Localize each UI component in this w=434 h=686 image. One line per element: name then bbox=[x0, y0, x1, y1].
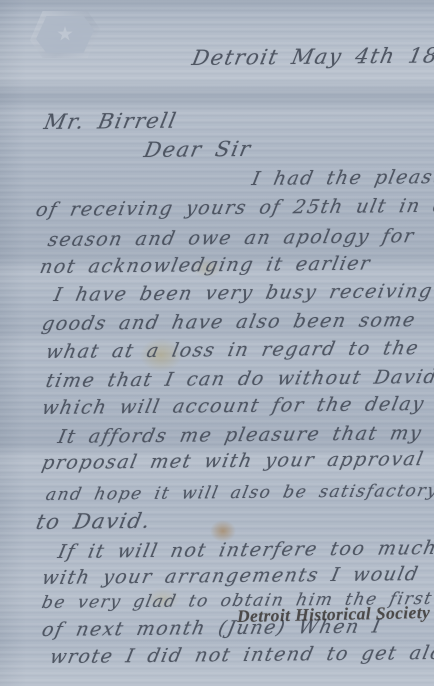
letter-line: what at a loss in regard to the bbox=[44, 337, 421, 363]
letter-line: and hope it will also be satisfactory bbox=[44, 481, 434, 505]
letter-line: of receiving yours of 25th ult in due bbox=[34, 194, 434, 221]
archive-watermark: Detroit Historical Society bbox=[237, 602, 431, 627]
letter-line: If it will not interfere too much bbox=[56, 537, 434, 563]
letter-line: to David. bbox=[34, 509, 153, 534]
letter-line: I have been very busy receiving bbox=[52, 280, 434, 306]
dateline: Detroit May 4th 1853 bbox=[190, 43, 434, 70]
letter-line: goods and have also been some bbox=[40, 309, 418, 335]
letter-photo: Detroit May 4th 1853 Mr. Birrell Dear Si… bbox=[0, 0, 434, 686]
recipient-line: Mr. Birrell bbox=[42, 109, 179, 134]
letter-line: which will account for the delay bbox=[40, 393, 427, 419]
letter-line: proposal met with your approval bbox=[40, 448, 426, 474]
letter-line: I had the pleasure bbox=[250, 166, 434, 190]
letter-line: time that I can do without David bbox=[44, 366, 434, 392]
letter-line: wrote I did not intend to get along bbox=[48, 642, 434, 668]
letter-line: It affords me pleasure that my bbox=[56, 422, 424, 448]
salutation-line: Dear Sir bbox=[142, 137, 254, 162]
letter-line: season and owe an apology for bbox=[46, 225, 417, 251]
letter-line: with your arrangements I would bbox=[40, 563, 421, 589]
letter-line: not acknowledging it earlier bbox=[38, 253, 373, 278]
